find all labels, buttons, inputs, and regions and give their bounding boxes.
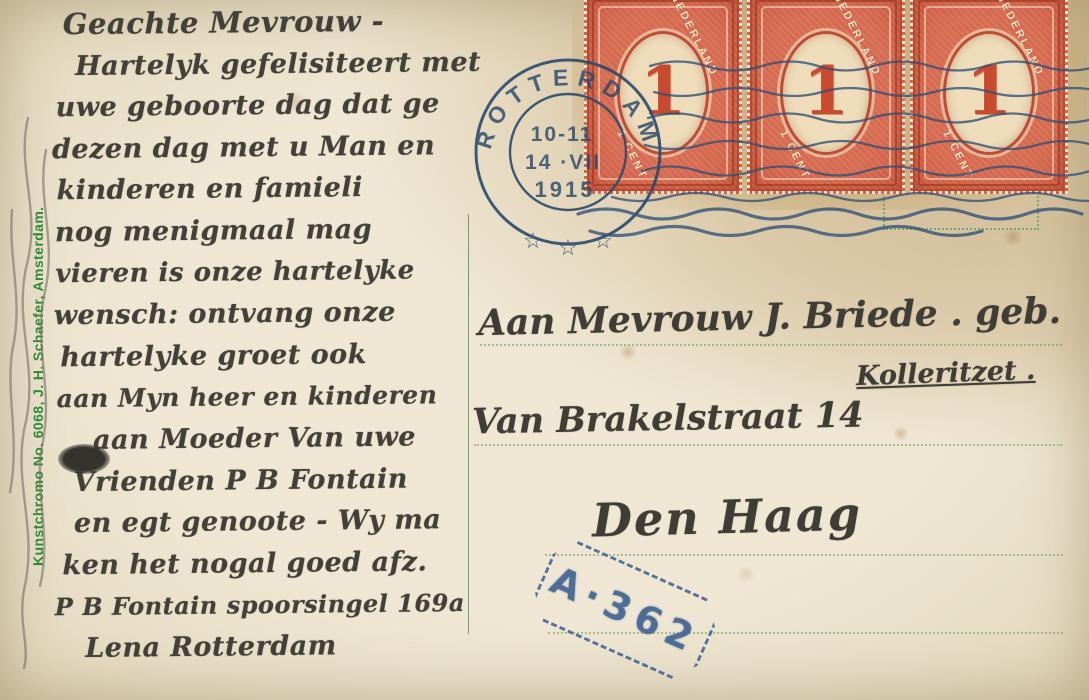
postage-stamp-1-cent: NEDERLAND 1 CENT 1 <box>747 0 905 194</box>
postmark-star-icon: ☆ <box>593 228 613 253</box>
foxing-spot <box>1002 228 1024 246</box>
message-line: aan Moeder Van uwe <box>93 416 493 462</box>
address-dotted-line <box>545 554 1063 556</box>
stamp-oval: 1 <box>620 34 706 152</box>
stamp-value: 1 <box>946 34 1032 148</box>
postage-stamp-1-cent: NEDERLAND 1 CENT 1 <box>910 0 1068 194</box>
message-line: Hartelyk gefelisiteert met <box>75 41 489 87</box>
message-line: aan Myn heer en kinderen <box>56 374 492 420</box>
postmark-star-icon: ☆ <box>523 228 543 253</box>
address-city: Den Haag <box>591 486 862 547</box>
message-line: uwe geboorte dag dat ge <box>55 83 489 129</box>
sorting-mark-box: A·362 <box>526 534 724 687</box>
foxing-spot <box>618 344 638 360</box>
message-line: P B Fontain spoorsingel 169a <box>55 582 495 628</box>
message-line: Geachte Mevrouw - <box>63 0 489 46</box>
message-line: Lena Rotterdam <box>85 624 495 670</box>
publisher-imprint: Kunstchromo No. 6068, J. H. Schaefer, Am… <box>30 94 46 566</box>
address-dotted-line <box>474 444 1062 446</box>
message-line: vieren is onze hartelyke <box>55 249 491 295</box>
message-line: hartelyke groet ook <box>60 332 492 378</box>
message-line: dezen dag met u Man en <box>52 124 490 170</box>
ink-blot <box>58 444 110 474</box>
postcard-back: Kunstchromo No. 6068, J. H. Schaefer, Am… <box>0 0 1089 700</box>
message-line: kinderen en famieli <box>56 166 490 212</box>
stamp-value: 1 <box>783 34 869 148</box>
address-dotted-line <box>480 344 1062 346</box>
postage-stamp-1-cent: NEDERLAND 1 CENT 1 <box>584 0 742 194</box>
message-line: en egt genoote - Wy ma <box>74 499 494 545</box>
address-maiden-name: Kolleritzet . <box>856 355 1036 392</box>
postmark-star-icon: ☆ <box>558 235 578 260</box>
stamp-value: 1 <box>620 34 706 148</box>
stamp-oval: 1 <box>946 34 1032 152</box>
message-line: nog menigmaal mag <box>55 208 491 254</box>
handwritten-message: Geachte Mevrouw - Hartelyk gefelisiteert… <box>49 0 496 670</box>
message-line: wensch: ontvang onze <box>54 291 492 337</box>
message-line: ken het nogal goed afz. <box>62 540 494 586</box>
address-street: Van Brakelstraat 14 <box>472 395 864 443</box>
foxing-spot <box>892 426 910 441</box>
stamp-oval: 1 <box>783 34 869 152</box>
stamp-strip: NEDERLAND 1 CENT 1 NEDERLAND 1 CENT 1 NE… <box>584 0 1068 194</box>
sorting-mark-text: A·362 <box>544 558 706 663</box>
message-line: Vrienden P B Fontain <box>73 457 493 503</box>
foxing-spot <box>736 566 756 582</box>
address-recipient: Aan Mevrouw J. Briede . geb. <box>478 290 1062 344</box>
